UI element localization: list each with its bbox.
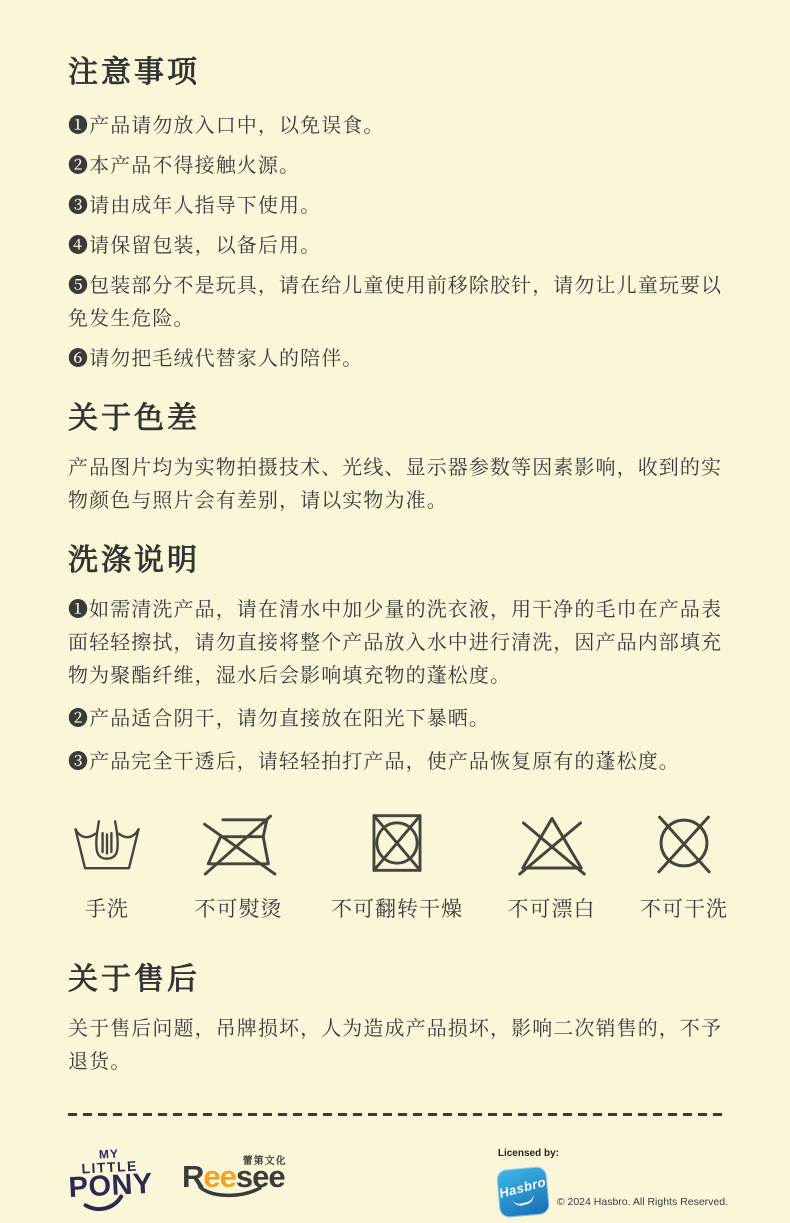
my-little-pony-logo: MY LITTLE PONY [67,1146,154,1200]
care-symbol-no-bleach: 不可漂白 [508,811,596,923]
washing-item: ❷产品适合阴干，请勿直接放在阳光下暴晒。 [68,703,728,736]
care-symbol-label: 不可熨烫 [195,893,283,923]
washing-list: ❶如需清洗产品，请在清水中加少量的洗衣液，用干净的毛巾在产品表面轻轻擦拭，请勿直… [68,594,728,779]
color-difference-title: 关于色差 [68,402,728,436]
after-sales-body: 关于售后问题，吊牌损坏，人为造成产品损坏，影响二次销售的，不予退货。 [68,1013,728,1079]
washing-item: ❸产品完全干透后，请轻轻拍打产品，使产品恢复原有的蓬松度。 [68,746,728,779]
care-symbol-no-dry-clean: 不可干洗 [640,809,728,923]
care-symbol-no-iron: 不可熨烫 [191,811,287,923]
after-sales-section: 关于售后 关于售后问题，吊牌损坏，人为造成产品损坏，影响二次销售的，不予退货。 [68,963,728,1079]
notice-item: ❶产品请勿放入口中，以免误食。 [68,110,728,143]
hasbro-logo: Hasbro [496,1166,550,1218]
notice-item: ❻请勿把毛绒代替家人的陪伴。 [68,343,728,376]
notice-item: ❺包装部分不是玩具，请在给儿童使用前移除胶针，请勿让儿童玩要以免发生危险。 [68,270,728,336]
licensed-by-label: Licensed by: [498,1148,559,1159]
notice-list: ❶产品请勿放入口中，以免误食。 ❷本产品不得接触火源。 ❸请由成年人指导下使用。… [68,110,728,376]
footer: MY LITTLE PONY 蕾第文化 Reesee Licensed by: … [68,1148,728,1216]
care-symbols-row: 手洗 不可熨烫 不可翻转干燥 [68,809,728,923]
no-dry-clean-icon [644,809,724,877]
care-symbol-label: 手洗 [85,893,129,923]
care-symbol-label: 不可漂白 [508,893,596,923]
after-sales-title: 关于售后 [68,963,728,997]
copyright-text: © 2024 Hasbro. All Rights Reserved. [557,1196,728,1208]
care-symbol-hand-wash: 手洗 [68,811,146,923]
care-symbol-label: 不可干洗 [640,893,728,923]
notice-section-title: 注意事项 [68,56,728,90]
no-iron-icon [191,811,287,877]
washing-title: 洗涤说明 [68,544,728,578]
no-tumble-dry-icon [361,809,433,877]
reesee-letter-orange: ee [203,1159,235,1194]
mlp-swirl-icon [81,1194,126,1216]
reesee-chinese-label: 蕾第文化 [243,1152,287,1167]
washing-item: ❶如需清洗产品，请在清水中加少量的洗衣液，用干净的毛巾在产品表面轻轻擦拭，请勿直… [68,594,728,693]
no-bleach-icon [512,811,592,877]
care-instructions-page: 注意事项 ❶产品请勿放入口中，以免误食。 ❷本产品不得接触火源。 ❸请由成年人指… [0,0,790,1216]
washing-section: 洗涤说明 ❶如需清洗产品，请在清水中加少量的洗衣液，用干净的毛巾在产品表面轻轻擦… [68,544,728,923]
reesee-logo: 蕾第文化 Reesee [182,1152,285,1199]
care-symbol-no-tumble-dry: 不可翻转干燥 [331,809,463,923]
hasbro-row: Hasbro © 2024 Hasbro. All Rights Reserve… [498,1168,728,1216]
color-difference-body: 产品图片均为实物拍摄技术、光线、显示器参数等因素影响，收到的实物颜色与照片会有差… [68,452,728,518]
color-difference-section: 关于色差 产品图片均为实物拍摄技术、光线、显示器参数等因素影响，收到的实物颜色与… [68,402,728,518]
notice-item: ❷本产品不得接触火源。 [68,150,728,183]
notice-item: ❹请保留包装，以备后用。 [68,230,728,263]
footer-license-block: Licensed by: Hasbro © 2024 Hasbro. All R… [498,1148,728,1216]
notice-item: ❸请由成年人指导下使用。 [68,190,728,223]
hand-wash-icon [68,811,146,877]
dashed-divider [68,1113,728,1116]
care-symbol-label: 不可翻转干燥 [331,893,463,923]
footer-brand-logos: MY LITTLE PONY 蕾第文化 Reesee [68,1148,285,1199]
